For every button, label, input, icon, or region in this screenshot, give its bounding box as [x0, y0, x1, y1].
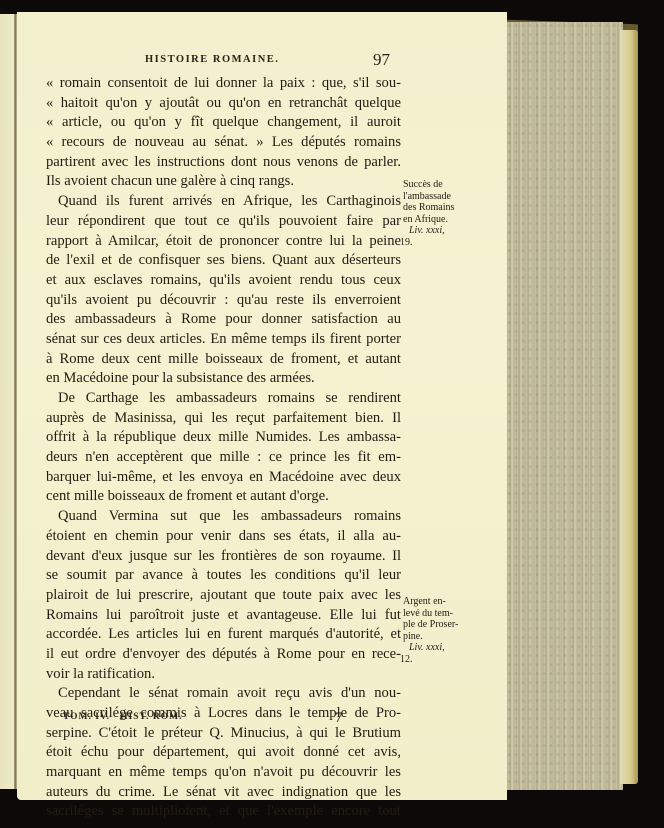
text-line: partirent avec les instructions dont nou…	[46, 153, 401, 173]
printer-signature: TOM. IV. HIST. ROM.	[63, 712, 182, 722]
text-line: étoient en chemin pour venir dans ses ét…	[46, 527, 401, 547]
text-line: auprès de Masinissa, qui les reçut parfa…	[46, 409, 401, 429]
text-line: « romain consentoit de lui donner la pai…	[46, 74, 401, 94]
text-line: étoit échu pour département, qui avoit d…	[46, 743, 401, 763]
text-line: Quand Vermina sut que les ambassadeurs r…	[46, 507, 401, 527]
text-line: Quand ils furent arrivés en Afrique, les…	[46, 192, 401, 212]
page-number: 97	[373, 50, 390, 70]
margin-note: Argent en-levé du tem-ple de Proser-pine…	[403, 596, 475, 665]
page-block-edge	[506, 22, 623, 790]
text-line: qu'ils avoient pu découvrir : qu'au rest…	[46, 291, 401, 311]
text-line: à Rome deux cent mille boisseaux de from…	[46, 350, 401, 370]
text-line: plairoit de lui prescrire, ajoutant que …	[46, 586, 401, 606]
margin-note-reference: Liv. xxxi,	[403, 642, 475, 654]
text-line: sacriléges se multiplioient, et que l'ex…	[46, 802, 401, 822]
text-line: en Macédoine pour la subsistance des arm…	[46, 369, 401, 389]
margin-note-reference: Liv. xxxi,	[403, 225, 475, 237]
text-line: De Carthage les ambassadeurs romains se …	[46, 389, 401, 409]
text-line: barquer lui-même, et les envoya en Macéd…	[46, 468, 401, 488]
margin-note-chapter: 12.	[400, 654, 475, 666]
margin-note-chapter: 19.	[400, 237, 475, 249]
margin-note-line: ple de Proser-	[403, 619, 475, 631]
text-line: il eut ordre d'envoyer des députés à Rom…	[46, 645, 401, 665]
text-line: voir la ratification.	[46, 665, 401, 685]
text-line: devant d'eux jusque sur les frontières d…	[46, 547, 401, 567]
text-line: des ambassadeurs à Rome pour donner sati…	[46, 310, 401, 330]
text-line: Ils avoient chacun une galère à cinq ran…	[46, 172, 401, 192]
text-line: et aux esclaves romains, qu'ils avoient …	[46, 271, 401, 291]
book-photo: HISTOIRE ROMAINE. 97 « romain consentoit…	[0, 0, 664, 828]
margin-note-line: levé du tem-	[403, 608, 475, 620]
margin-note-line: Argent en-	[403, 596, 475, 608]
running-head: HISTOIRE ROMAINE.	[145, 54, 279, 65]
text-line: Romains lui paroîtroit juste et avantage…	[46, 606, 401, 626]
margin-note: Succès del'ambassadedes Romainsen Afriqu…	[403, 179, 475, 248]
text-line: deurs n'en acceptèrent que mille : ce pr…	[46, 448, 401, 468]
body-text: « romain consentoit de lui donner la pai…	[46, 74, 401, 822]
book-cover-edge	[620, 30, 638, 784]
text-line: « article, ou qu'on y fît quelque change…	[46, 113, 401, 133]
text-line: cent mille boisseaux de froment et autan…	[46, 487, 401, 507]
text-line: « haitoit qu'on y ajoutât ou qu'on en re…	[46, 94, 401, 114]
margin-note-line: des Romains	[403, 202, 475, 214]
text-line: se soumit par avance à toutes les condit…	[46, 566, 401, 586]
margin-note-line: pine.	[403, 631, 475, 643]
text-line: sénat sur ces deux articles. En même tem…	[46, 330, 401, 350]
margin-note-line: en Afrique.	[403, 214, 475, 226]
text-line: de l'exil et de confisquer ses biens. Qu…	[46, 251, 401, 271]
signature-number: 7	[335, 710, 343, 727]
text-line: leur répondirent que tout ce qu'ils pouv…	[46, 212, 401, 232]
margin-note-line: l'ambassade	[403, 191, 475, 203]
text-line: « recours de nouveau au sénat. » Les dép…	[46, 133, 401, 153]
text-line: accordée. Les articles lui en furent mar…	[46, 625, 401, 645]
text-line: rapport à Amilcar, étoit de prononcer co…	[46, 232, 401, 252]
text-line: serpine. C'étoit le préteur Q. Minucius,…	[46, 724, 401, 744]
text-line: offrit à la république deux mille Numide…	[46, 428, 401, 448]
margin-note-line: Succès de	[403, 179, 475, 191]
text-line: Cependant le sénat romain avoit reçu avi…	[46, 684, 401, 704]
text-line: marquant en même temps qu'on n'avoit pu …	[46, 763, 401, 783]
text-line: auteurs du crime. Le sénat vit avec indi…	[46, 783, 401, 803]
